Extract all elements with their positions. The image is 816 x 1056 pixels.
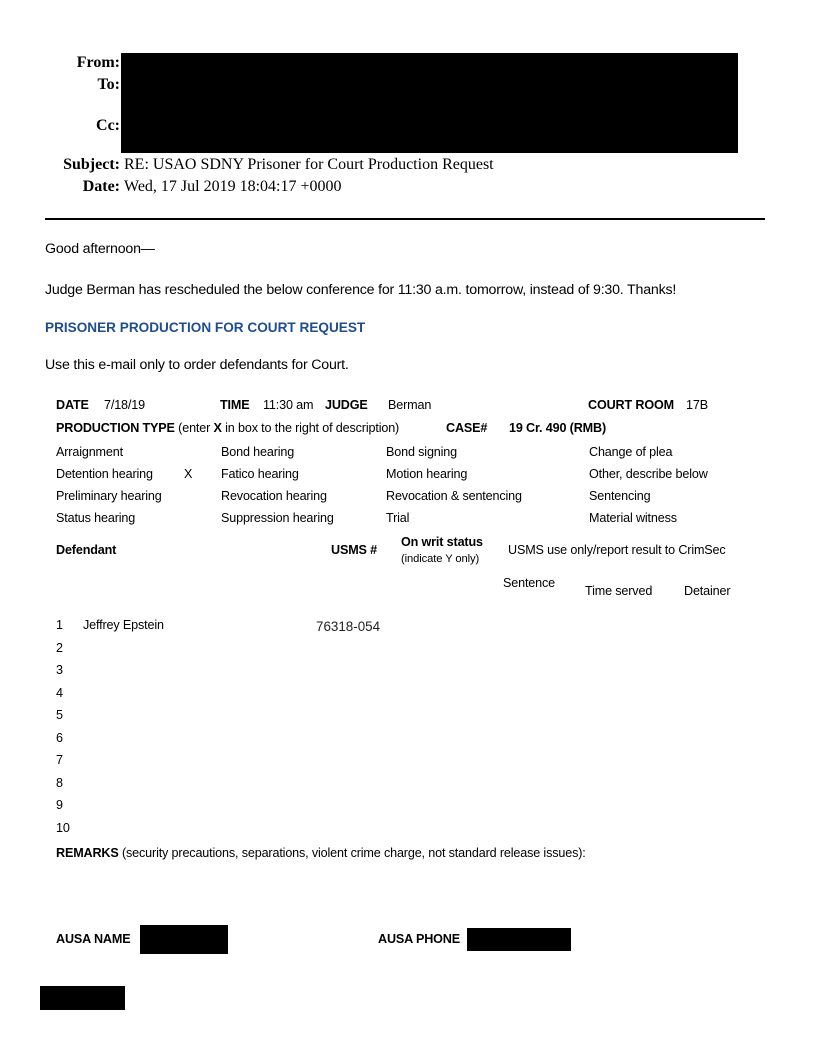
ausa-phone-label: AUSA PHONE: [378, 932, 460, 946]
production-type-option: Arraignment: [56, 445, 123, 459]
row-number: 5: [56, 708, 63, 722]
to-label: To:: [40, 76, 120, 94]
time-value: 11:30 am: [263, 398, 313, 412]
judge-value: Berman: [388, 398, 431, 412]
defendant-name: Jeffrey Epstein: [83, 618, 164, 632]
production-type-header: PRODUCTION TYPE (enter X in box to the r…: [56, 421, 399, 435]
row-number: 3: [56, 663, 63, 677]
date-label: Date:: [40, 178, 120, 196]
row-number: 7: [56, 753, 63, 767]
production-type-option: Bond signing: [386, 445, 457, 459]
defendant-header: Defendant: [56, 543, 116, 557]
production-type-option: Status hearing: [56, 511, 135, 525]
row-number: 9: [56, 798, 63, 812]
remarks: REMARKS (security precautions, separatio…: [56, 846, 586, 860]
usms-use-header: USMS use only/report result to CrimSec: [508, 543, 726, 557]
writ-status-hint: (indicate Y only): [401, 553, 479, 565]
date-value: 7/18/19: [104, 398, 145, 412]
writ-status-header: On writ status: [401, 535, 483, 549]
date-value: Wed, 17 Jul 2019 18:04:17 +0000: [124, 178, 342, 196]
case-label: CASE#: [446, 421, 487, 435]
row-number: 1: [56, 618, 63, 632]
time-served-header: Time served: [585, 584, 652, 598]
row-number: 4: [56, 686, 63, 700]
case-value: 19 Cr. 490 (RMB): [509, 421, 606, 435]
production-type-option: Material witness: [589, 511, 677, 525]
redaction-signature: [40, 986, 125, 1010]
selected-type-mark: X: [184, 467, 192, 481]
remarks-label: REMARKS: [56, 846, 119, 860]
redaction-ausa-phone: [467, 928, 571, 951]
row-number: 6: [56, 731, 63, 745]
production-type-option: Preliminary hearing: [56, 489, 162, 503]
production-type-hint-x: X: [214, 421, 222, 435]
production-type-option: Other, describe below: [589, 467, 708, 481]
redaction-ausa-name: [140, 925, 228, 954]
usms-number: 76318-054: [316, 619, 380, 634]
date-label: DATE: [56, 398, 89, 412]
production-type-option: Motion hearing: [386, 467, 467, 481]
courtroom-value: 17B: [686, 398, 708, 412]
greeting: Good afternoon—: [45, 241, 155, 257]
remarks-hint: (security precautions, separations, viol…: [119, 846, 586, 860]
production-type-hint-post: in box to the right of description): [222, 421, 399, 435]
sentence-header: Sentence: [503, 576, 555, 590]
row-number: 2: [56, 641, 63, 655]
production-type-hint-pre: (enter: [178, 421, 213, 435]
instruction: Use this e-mail only to order defendants…: [45, 357, 349, 373]
production-type-option: Revocation hearing: [221, 489, 327, 503]
ausa-name-label: AUSA NAME: [56, 932, 130, 946]
production-type-option: Bond hearing: [221, 445, 294, 459]
form-heading: PRISONER PRODUCTION FOR COURT REQUEST: [45, 320, 365, 335]
detainer-header: Detainer: [684, 584, 730, 598]
header-divider: [45, 218, 765, 220]
production-type-option: Sentencing: [589, 489, 651, 503]
usms-header: USMS #: [331, 543, 377, 557]
production-type-option: Suppression hearing: [221, 511, 334, 525]
production-type-option: Detention hearing: [56, 467, 153, 481]
production-type-option: Revocation & sentencing: [386, 489, 522, 503]
row-number: 8: [56, 776, 63, 790]
production-type-option: Change of plea: [589, 445, 672, 459]
from-label: From:: [40, 54, 120, 72]
message: Judge Berman has rescheduled the below c…: [45, 282, 676, 298]
time-label: TIME: [220, 398, 249, 412]
judge-label: JUDGE: [325, 398, 368, 412]
courtroom-label: COURT ROOM: [588, 398, 674, 412]
cc-label: Cc:: [40, 117, 120, 135]
subject-value: RE: USAO SDNY Prisoner for Court Product…: [124, 156, 494, 174]
production-type-option: Trial: [386, 511, 409, 525]
row-number: 10: [56, 821, 70, 835]
production-type-option: Fatico hearing: [221, 467, 299, 481]
subject-label: Subject:: [40, 156, 120, 174]
redaction-recipients: [121, 53, 738, 153]
production-type-label: PRODUCTION TYPE: [56, 421, 175, 435]
